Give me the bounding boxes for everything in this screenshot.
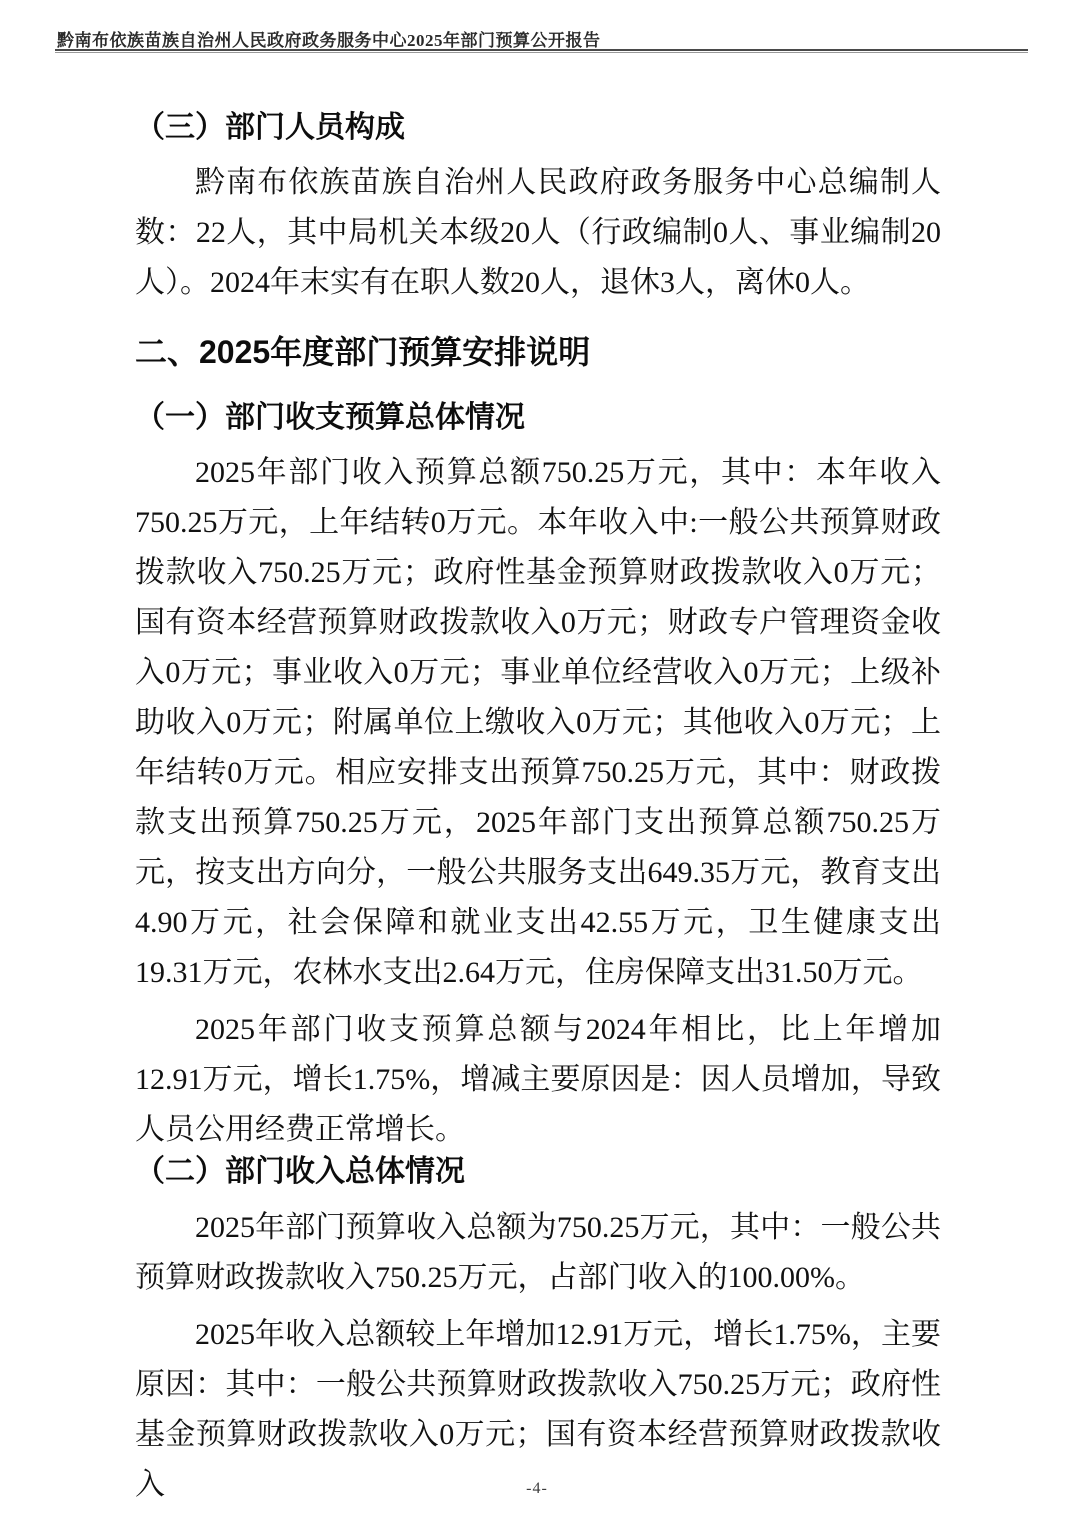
document-header-title: 黔南布依族苗族自治州人民政府政务服务中心2025年部门预算公开报告 xyxy=(57,26,601,51)
heading-budget-arrangement: 二、2025年度部门预算安排说明 xyxy=(135,332,941,372)
paragraph-staff-composition: 黔南布依族苗族自治州人民政府政务服务中心总编制人数：22人，其中局机关本级20人… xyxy=(135,158,941,308)
heading-budget-overview: （一）部门收支预算总体情况 xyxy=(135,398,941,438)
heading-staff-composition: （三）部门人员构成 xyxy=(135,108,941,148)
heading-income-overview: （二）部门收入总体情况 xyxy=(135,1152,941,1192)
paragraph-budget-overview: 2025年部门收入预算总额750.25万元，其中：本年收入750.25万元，上年… xyxy=(135,448,941,998)
paragraph-income-total: 2025年部门预算收入总额为750.25万元，其中：一般公共预算财政拨款收入75… xyxy=(135,1203,941,1303)
page-number: -4- xyxy=(0,1480,1074,1498)
document-page: 黔南布依族苗族自治州人民政府政务服务中心2025年部门预算公开报告 （三）部门人… xyxy=(0,0,1074,1520)
paragraph-year-comparison: 2025年部门收支预算总额与2024年相比，比上年增加12.91万元，增长1.7… xyxy=(135,1005,941,1155)
header-rule-divider xyxy=(55,49,1028,53)
